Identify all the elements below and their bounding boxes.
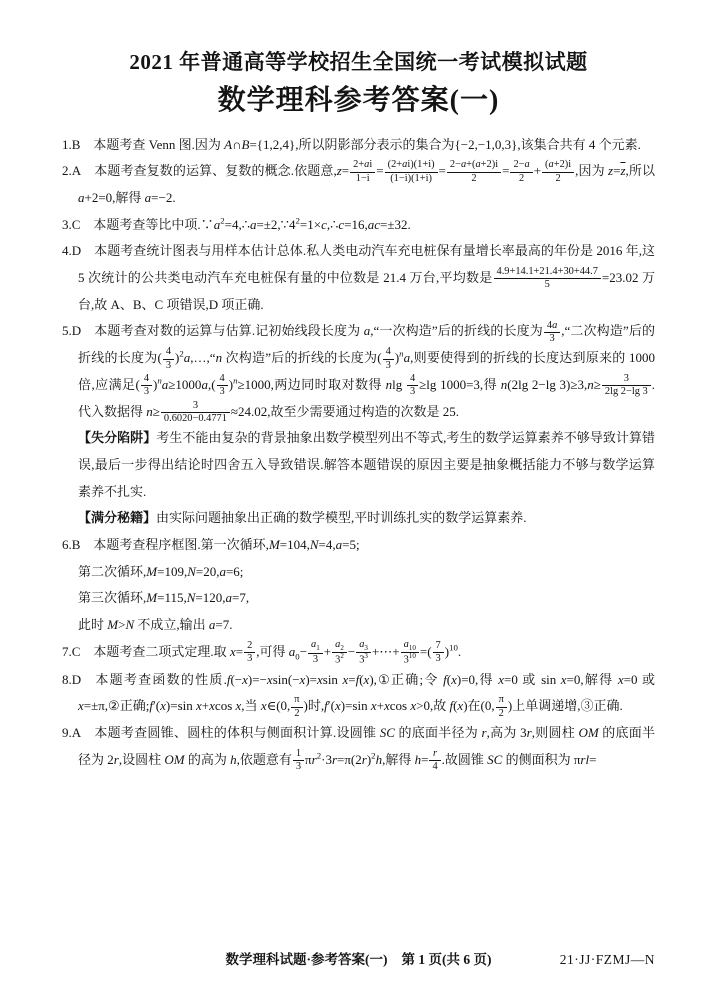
footer-exam-code: 21·JJ·FZMJ—N — [560, 946, 655, 974]
answer-text: 本题考查二项式定理.取 x=23,可得 a0−a13+a232−a333+⋯+a… — [93, 644, 461, 659]
answer-item: 2.A本题考查复数的运算、复数的概念.依题意,z=2+ai1−i=(2+ai)(… — [62, 158, 655, 211]
answer-list: 1.B本题考查 Venn 图.因为 A∩B={1,2,4},所以阴影部分表示的集… — [62, 132, 655, 941]
answer-number: 9.A — [62, 725, 81, 740]
answer-item: 4.D本题考查统计图表与用样本估计总体.私人类电动汽车充电桩保有量增长率最高的年… — [62, 238, 655, 318]
exam-title: 2021 年普通高等学校招生全国统一考试模拟试题 — [62, 46, 655, 80]
answer-text: 本题考查对数的运算与估算.记初始线段长度为 a,“一次构造”后的折线的长度为4a… — [78, 323, 655, 418]
answer-item: 7.C本题考查二项式定理.取 x=23,可得 a0−a13+a232−a333+… — [62, 639, 655, 667]
answer-number: 2.A — [62, 163, 81, 178]
page-footer: 数学理科试题·参考答案(一)第 1 页(共 6 页) 21·JJ·FZMJ—N — [62, 940, 655, 974]
footer-center: 数学理科试题·参考答案(一)第 1 页(共 6 页) — [226, 946, 492, 974]
answer-number: 6.B — [62, 537, 80, 552]
footer-page-number: 第 1 页(共 6 页) — [402, 952, 492, 967]
answer-number: 3.C — [62, 217, 80, 232]
answer-item: 6.B本题考查程序框图.第一次循环,M=104,N=4,a=5;第二次循环,M=… — [62, 532, 655, 639]
answer-text: 【失分陷阱】考生不能由复杂的背景抽象出数学模型列出不等式,考生的数学运算素养不够… — [78, 430, 655, 498]
answer-key-title: 数学理科参考答案(一) — [62, 80, 655, 122]
answer-text: 本题考查等比中项.∵a2=4,∴a=±2,∵42=1×c,∴c=16,ac=±3… — [93, 217, 410, 232]
answer-item: 5.D本题考查对数的运算与估算.记初始线段长度为 a,“一次构造”后的折线的长度… — [62, 318, 655, 425]
footer-doc-title: 数学理科试题·参考答案(一) — [226, 952, 388, 967]
answer-item: 1.B本题考查 Venn 图.因为 A∩B={1,2,4},所以阴影部分表示的集… — [62, 132, 655, 159]
answer-number: 4.D — [62, 243, 81, 258]
answer-text: 本题考查程序框图.第一次循环,M=104,N=4,a=5;第二次循环,M=109… — [78, 537, 360, 632]
answer-item: 9.A本题考查圆锥、圆柱的体积与侧面积计算.设圆锥 SC 的底面半径为 r,高为… — [62, 720, 655, 773]
answer-text: 本题考查复数的运算、复数的概念.依题意,z=2+ai1−i=(2+ai)(1+i… — [78, 163, 655, 205]
answer-number: 7.C — [62, 644, 80, 659]
answer-text: 本题考查函数的性质.f(−x)=−xsin(−x)=xsin x=f(x),①正… — [78, 672, 655, 714]
answer-item: 【满分秘籍】由实际问题抽象出正确的数学模型,平时训练扎实的数学运算素养. — [62, 505, 655, 532]
answer-number: 1.B — [62, 137, 80, 152]
document-header: 2021 年普通高等学校招生全国统一考试模拟试题 数学理科参考答案(一) — [62, 46, 655, 132]
answer-item: 8.D本题考查函数的性质.f(−x)=−xsin(−x)=xsin x=f(x)… — [62, 667, 655, 720]
answer-item: 3.C本题考查等比中项.∵a2=4,∴a=±2,∵42=1×c,∴c=16,ac… — [62, 212, 655, 239]
document-page: 2021 年普通高等学校招生全国统一考试模拟试题 数学理科参考答案(一) 1.B… — [0, 0, 711, 1000]
answer-number: 8.D — [62, 672, 81, 687]
answer-text: 本题考查圆锥、圆柱的体积与侧面积计算.设圆锥 SC 的底面半径为 r,高为 3r… — [78, 725, 655, 767]
answer-number: 5.D — [62, 323, 81, 338]
answer-item: 【失分陷阱】考生不能由复杂的背景抽象出数学模型列出不等式,考生的数学运算素养不够… — [62, 425, 655, 505]
answer-text: 本题考查 Venn 图.因为 A∩B={1,2,4},所以阴影部分表示的集合为{… — [93, 137, 640, 152]
answer-text: 本题考查统计图表与用样本估计总体.私人类电动汽车充电桩保有量增长率最高的年份是 … — [78, 243, 655, 311]
answer-text: 【满分秘籍】由实际问题抽象出正确的数学模型,平时训练扎实的数学运算素养. — [78, 510, 527, 525]
